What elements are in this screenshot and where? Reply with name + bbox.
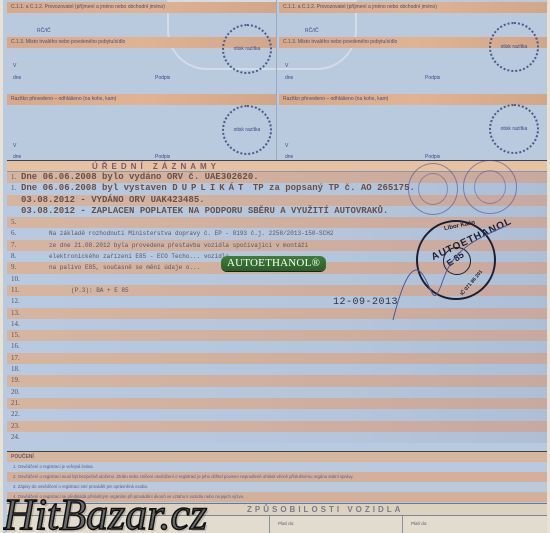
signature-icon — [383, 220, 513, 330]
stamp-placeholder: otisk razítka — [489, 22, 539, 72]
dne-label: dne — [13, 75, 21, 81]
podpis-label: Podpis — [425, 75, 440, 81]
row-text: Na základě rozhodnutí Ministerstva dopra… — [21, 230, 333, 237]
date-stamp: 12-09-2013 — [333, 297, 398, 308]
official-round-stamp — [408, 163, 458, 215]
official-round-stamp — [463, 160, 517, 214]
rc-label: RČ/IČ — [37, 28, 51, 34]
valid-until-cell: Platí do: — [402, 516, 547, 533]
stamp-placeholder-label: otisk razítka — [234, 127, 261, 133]
duplicate-text: DUPLIKÁT — [172, 183, 247, 193]
valid-until-cell: Platí do: — [269, 516, 402, 533]
row-text: (P.3): BA + E 85 — [21, 287, 129, 294]
row-number: 8. — [7, 251, 21, 262]
row-number: 18. — [7, 364, 21, 375]
holder-band-transfer: Razítko převedeno – odhlášeno (na koho, … — [7, 94, 276, 105]
record-row: 21. — [7, 398, 547, 409]
row-number: 24. — [7, 432, 21, 443]
record-row: 17. — [7, 353, 547, 364]
v-label-2: V — [285, 143, 288, 149]
row-text — [21, 276, 49, 283]
record-row: 19. — [7, 375, 547, 386]
holder-column-left: C.1.1. a C.1.2. Provozovatel (příjmení a… — [7, 0, 277, 160]
v-label: V — [285, 63, 288, 69]
notice-item: 2. Osvědčení o registraci musí být bezpe… — [7, 472, 547, 482]
stamp-placeholder-2: otisk razítka — [222, 105, 272, 155]
holder-band-transfer: Razítko převedeno – odhlášeno (na koho, … — [279, 94, 549, 105]
stamp-placeholder: otisk razítka — [222, 24, 272, 74]
row-number: 7. — [7, 240, 21, 251]
notice-item: 1. Osvědčení o registraci je veřejná lis… — [7, 462, 547, 472]
rc-label: RČ/IČ — [305, 28, 319, 34]
stamp-placeholder-2: otisk razítka — [489, 104, 539, 154]
v-label-2: V — [13, 143, 16, 149]
notice-title: POUČENÍ — [7, 452, 547, 462]
v-label: V — [13, 63, 16, 69]
row-number: 22. — [7, 409, 21, 420]
row-number: 20. — [7, 387, 21, 398]
row-number: 10. — [7, 274, 21, 285]
row-number: 21. — [7, 398, 21, 409]
record-row: 20. — [7, 387, 547, 398]
record-row: 18. — [7, 364, 547, 375]
row-number: 1. — [7, 183, 21, 194]
row-text: Dne 06.06.2008 bylo vydáno ORV č. UAE302… — [21, 172, 259, 182]
row-text: 03.08.2012 - VYDÁNO ORV UAK423485. — [21, 195, 205, 205]
row-number: 6. — [7, 228, 21, 239]
stamp-placeholder-label: otisk razítka — [234, 46, 261, 52]
row-number: 1. — [7, 172, 21, 183]
row-text — [21, 219, 49, 226]
row-number: 13. — [7, 308, 21, 319]
record-row: 24. — [7, 432, 547, 443]
row-text: na palivo E85, současně se mění údaje o.… — [21, 264, 200, 271]
row-number: 9. — [7, 262, 21, 273]
record-row: 22. — [7, 409, 547, 420]
record-row: 15. — [7, 330, 547, 341]
holder-band-owner: C.1.1. a C.1.2. Provozovatel (příjmení a… — [7, 2, 276, 13]
row-text: 03.08.2012 - ZAPLACEN POPLATEK NA PODPOR… — [21, 206, 388, 216]
row-text: Dne 06.06.2008 byl vystaven — [21, 183, 172, 193]
record-row: 23. — [7, 421, 547, 432]
row-number: 15. — [7, 330, 21, 341]
autoethanol-badge: AUTOETHANOL® — [221, 256, 326, 271]
holder-column-right: C.1.1. a C.1.2. Provozovatel (příjmení a… — [279, 0, 549, 160]
records-title: ÚŘEDNÍ ZÁZNAMY — [7, 161, 547, 172]
row-number: 17. — [7, 353, 21, 364]
holder-band-owner: C.1.1. a C.1.2. Provozovatel (příjmení a… — [279, 2, 549, 13]
holder-section: C.1.1. a C.1.2. Provozovatel (příjmení a… — [7, 0, 547, 160]
registration-certificate-page: C.1.1. a C.1.2. Provozovatel (příjmení a… — [0, 0, 550, 533]
row-text: TP za popsaný TP č. AO 265175. — [247, 183, 414, 193]
row-number: 16. — [7, 341, 21, 352]
watermark: HitBazar.cz — [3, 493, 207, 533]
podpis-label: Podpis — [155, 75, 170, 81]
stamp-placeholder-label: otisk razítka — [501, 126, 528, 132]
stamp-emblem-icon — [474, 170, 506, 204]
stamp-placeholder-label: otisk razítka — [501, 44, 528, 50]
row-number: 5. — [7, 217, 21, 228]
row-number: 23. — [7, 421, 21, 432]
row-number: 11. — [7, 285, 21, 296]
row-number: 19. — [7, 375, 21, 386]
row-text: elektronického zařízení E85 - ECO Techo.… — [21, 253, 229, 260]
stamp-emblem-icon — [418, 173, 448, 205]
row-text: ze dne 21.08.2012 byla provedena přestav… — [21, 242, 308, 249]
row-number: 12. — [7, 296, 21, 307]
dne-label: dne — [285, 75, 293, 81]
row-number: 14. — [7, 319, 21, 330]
record-row: 03.08.2012 - ZAPLACEN POPLATEK NA PODPOR… — [7, 206, 547, 217]
record-row: 16. — [7, 341, 547, 352]
